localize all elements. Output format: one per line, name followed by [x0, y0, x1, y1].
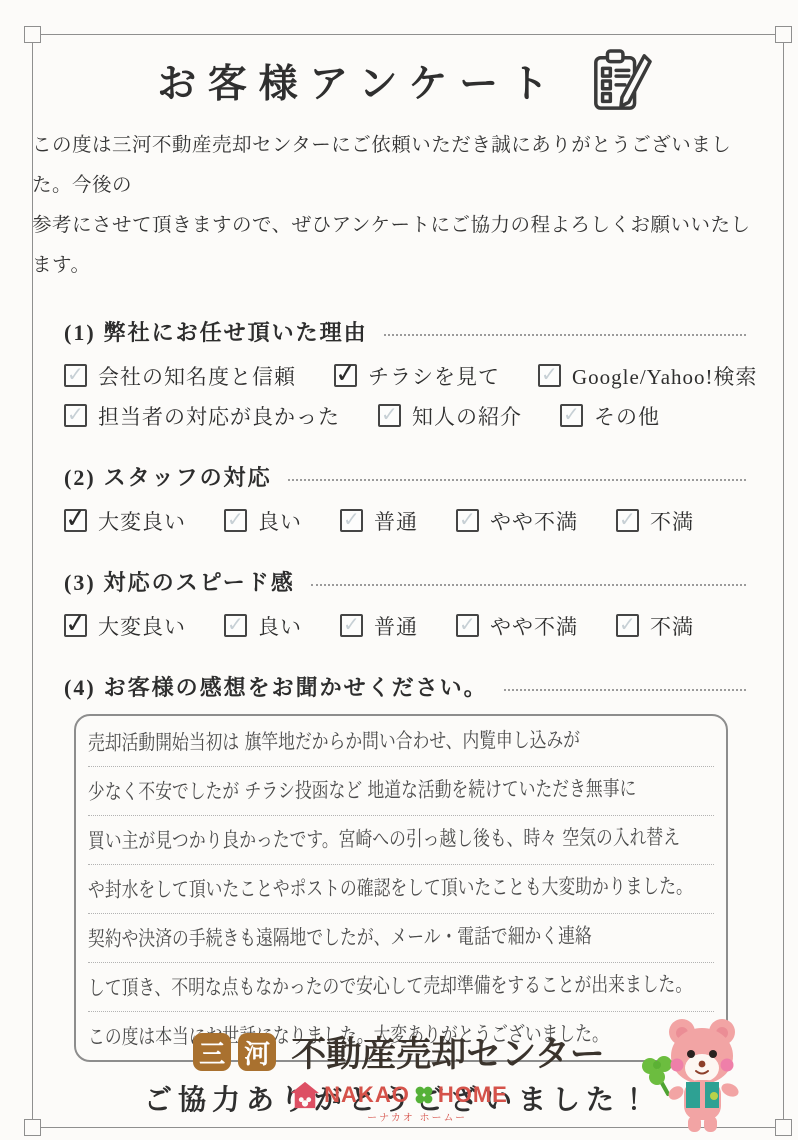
checkbox[interactable] [64, 614, 87, 637]
option-very-good[interactable]: 大変良い [64, 506, 186, 536]
question-2-options-row: 大変良い 良い 普通 やや不満 不満 [64, 506, 758, 536]
question-2-title: (2)スタッフの対応 [64, 461, 272, 492]
option-flyer[interactable]: チラシを見て [334, 361, 500, 391]
question-4-title: (4)お客様の感想をお聞かせください。 [64, 671, 488, 702]
option-referral[interactable]: 知人の紹介 [378, 401, 522, 431]
option-company-reputation[interactable]: 会社の知名度と信頼 [64, 361, 296, 391]
question-1-options-row-1: 会社の知名度と信頼 チラシを見て Google/Yahoo!検索 [64, 361, 758, 391]
question-2-label: スタッフの対応 [104, 465, 272, 490]
option-normal[interactable]: 普通 [340, 506, 418, 536]
checkbox[interactable] [616, 509, 639, 532]
question-1-title: (1)弊社にお任せ頂いた理由 [64, 316, 368, 347]
dotted-leader [384, 334, 746, 336]
question-3-number: (3) [64, 570, 96, 595]
intro-line-1: この度は三河不動産売却センターにご依頼いただき誠にありがとうございました。今後の [32, 126, 768, 206]
question-3-heading: (3)対応のスピード感 [64, 566, 746, 597]
checkbox[interactable] [456, 614, 479, 637]
checkbox[interactable] [64, 404, 87, 427]
option-label: 大変良い [98, 506, 186, 536]
checkbox[interactable] [224, 509, 247, 532]
comment-line: して頂き、不明な点もなかったので安心して売却準備をすることが出来ました。 [88, 963, 714, 1012]
option-other[interactable]: その他 [560, 401, 660, 431]
option-label: 不満 [650, 611, 694, 641]
house-icon [290, 1081, 320, 1109]
brand-kanji-box-1: 三 [193, 1033, 231, 1071]
option-dissatisfied[interactable]: 不満 [616, 506, 694, 536]
option-staff-response[interactable]: 担当者の対応が良かった [64, 401, 340, 431]
brand-kana: ーナカオ ホームー [331, 1109, 467, 1124]
option-web-search[interactable]: Google/Yahoo!検索 [538, 361, 758, 391]
option-label: 会社の知名度と信頼 [98, 361, 296, 391]
bear-mascot [630, 1016, 772, 1136]
checkbox[interactable] [64, 509, 87, 532]
corner-ornament [24, 26, 41, 43]
brand-kanji-box-2: 河 [238, 1033, 276, 1071]
option-label: 良い [258, 506, 302, 536]
brand-sub-right: HOME [438, 1082, 508, 1108]
checkbox[interactable] [456, 509, 479, 532]
option-label: チラシを見て [368, 361, 500, 391]
checkbox[interactable] [334, 364, 357, 387]
question-3-label: 対応のスピード感 [104, 570, 295, 595]
option-good[interactable]: 良い [224, 506, 302, 536]
question-2-number: (2) [64, 465, 96, 490]
checkbox[interactable] [64, 364, 87, 387]
option-label: 普通 [374, 506, 418, 536]
intro-text: この度は三河不動産売却センターにご依頼いただき誠にありがとうございました。今後の… [32, 126, 768, 286]
checkbox[interactable] [340, 614, 363, 637]
option-dissatisfied[interactable]: 不満 [616, 611, 694, 641]
option-label: 不満 [650, 506, 694, 536]
question-4-heading: (4)お客様の感想をお聞かせください。 [64, 671, 746, 702]
intro-line-2: 参考にさせて頂きますので、ぜひアンケートにご協力の程よろしくお願いいたします。 [32, 206, 768, 286]
option-label: やや不満 [490, 506, 578, 536]
question-4-label: お客様の感想をお聞かせください。 [104, 675, 488, 700]
brand-name: 不動産売却センター [291, 1027, 605, 1077]
clover-icon [414, 1085, 434, 1105]
question-4-number: (4) [64, 675, 96, 700]
option-label: 担当者の対応が良かった [98, 401, 340, 431]
dotted-leader [288, 479, 746, 481]
clover-in-paw [642, 1056, 672, 1094]
question-1-heading: (1)弊社にお任せ頂いた理由 [64, 316, 746, 347]
question-2-heading: (2)スタッフの対応 [64, 461, 746, 492]
page-title: お客様アンケート [146, 53, 561, 109]
question-1-number: (1) [64, 320, 96, 345]
comment-line: 売却活動開始当初は 旗竿地だからか問い合わせ、内覧申し込みが [88, 718, 714, 767]
brand-row-main: 三 河 不動産売却センター [193, 1027, 605, 1077]
option-label: Google/Yahoo!検索 [572, 361, 758, 391]
checkbox[interactable] [378, 404, 401, 427]
option-good[interactable]: 良い [224, 611, 302, 641]
comment-box[interactable]: 売却活動開始当初は 旗竿地だからか問い合わせ、内覧申し込みが 少なく不安でしたが… [74, 714, 728, 1062]
option-label: 普通 [374, 611, 418, 641]
comment-line: 少なく不安でしたが チラシ投函など 地道な活動を続けていただき無事に [88, 767, 714, 816]
question-1-options-row-2: 担当者の対応が良かった 知人の紹介 その他 [64, 401, 758, 431]
checkbox[interactable] [538, 364, 561, 387]
option-very-good[interactable]: 大変良い [64, 611, 186, 641]
option-label: その他 [594, 401, 660, 431]
option-somewhat-dissatisfied[interactable]: やや不満 [456, 506, 578, 536]
option-normal[interactable]: 普通 [340, 611, 418, 641]
corner-ornament [775, 26, 792, 43]
option-label: 良い [258, 611, 302, 641]
survey-page: お客様アンケート この度は三河不動産売却センターにご依頼いただき誠にありがとうご… [0, 0, 798, 1140]
comment-line: や封水をして頂いたことやポストの確認をして頂いたことも大変助かりました。 [88, 865, 714, 914]
checkbox[interactable] [224, 614, 247, 637]
checkbox[interactable] [560, 404, 583, 427]
dotted-leader [504, 689, 746, 691]
dotted-leader [311, 584, 746, 586]
brand-sub-left: NAKAO [324, 1082, 410, 1108]
question-3-title: (3)対応のスピード感 [64, 566, 295, 597]
option-label: 大変良い [98, 611, 186, 641]
question-3-options-row: 大変良い 良い 普通 やや不満 不満 [64, 611, 758, 641]
option-somewhat-dissatisfied[interactable]: やや不満 [456, 611, 578, 641]
comment-line: 契約や決済の手続きも遠隔地でしたが、メール・電話で細かく連絡 [88, 914, 714, 963]
option-label: やや不満 [490, 611, 578, 641]
clipboard-pencil-icon [590, 48, 652, 114]
brand-row-sub: NAKAO HOME [290, 1081, 508, 1109]
question-1-label: 弊社にお任せ頂いた理由 [104, 320, 368, 345]
header: お客様アンケート [0, 48, 798, 114]
comment-line: 買い主が見つかり良かったです。宮崎への引っ越し後も、時々 空気の入れ替え [88, 816, 714, 865]
checkbox[interactable] [340, 509, 363, 532]
option-label: 知人の紹介 [412, 401, 522, 431]
checkbox[interactable] [616, 614, 639, 637]
